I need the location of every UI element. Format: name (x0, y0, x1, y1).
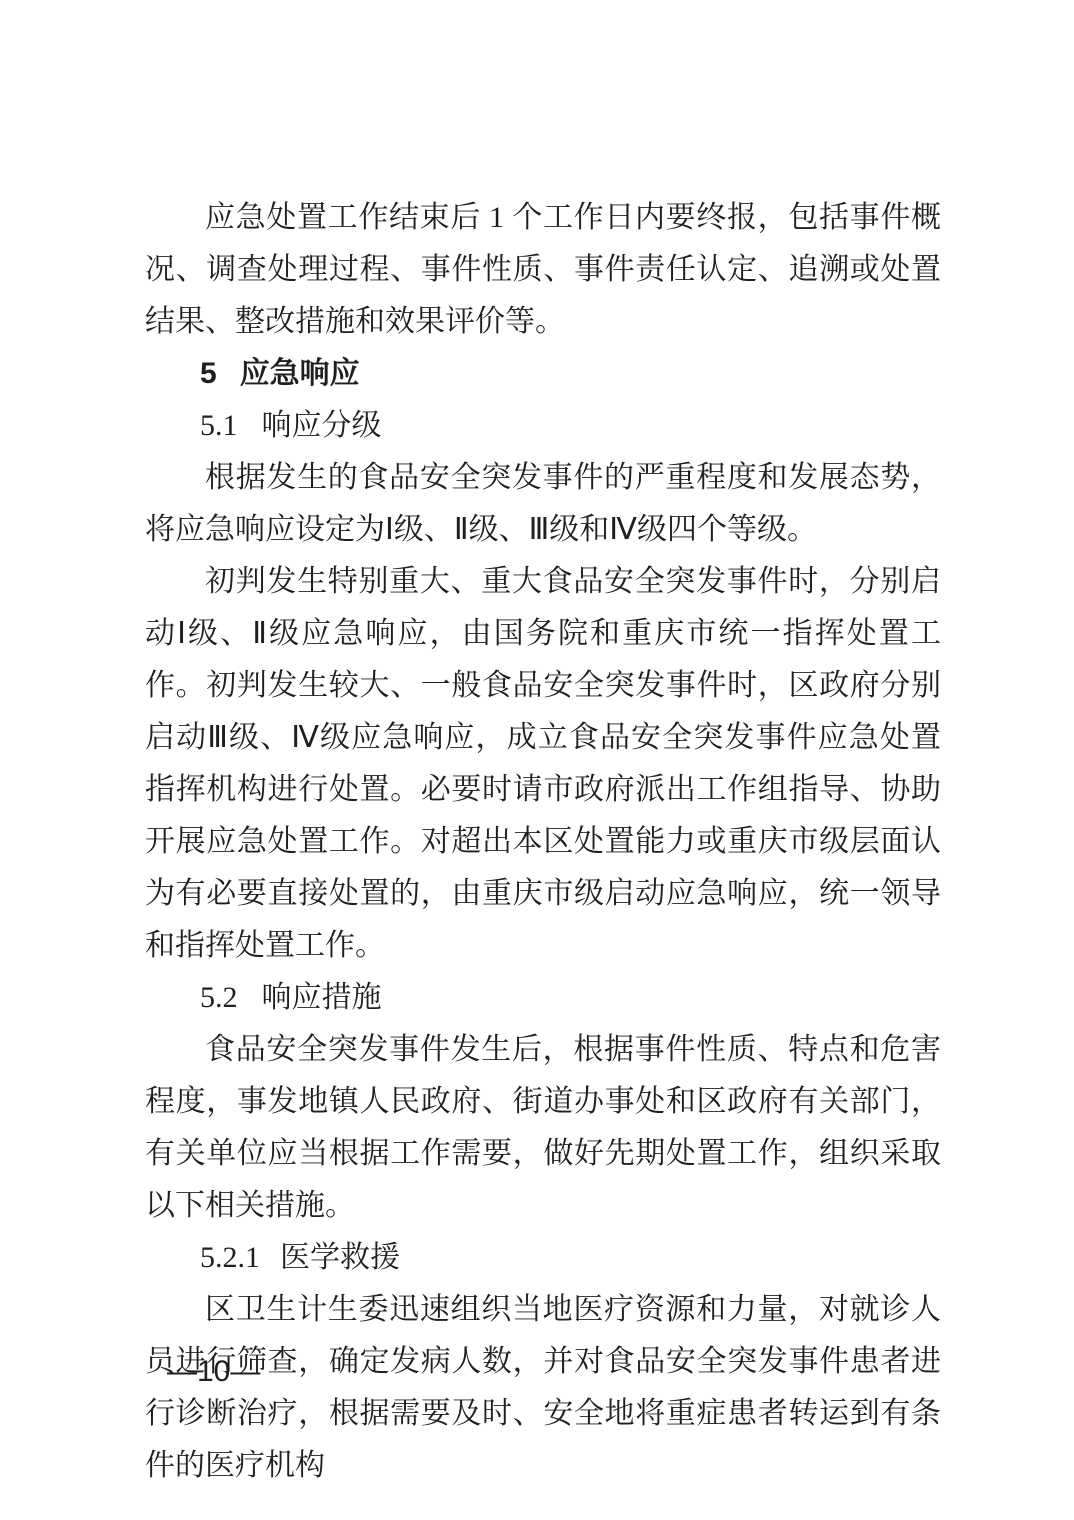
section-number: 5.2.1 (200, 1232, 260, 1284)
document-page: 应急处置工作结束后 1 个工作日内要终报，包括事件概况、调查处理过程、事件性质、… (0, 0, 1074, 1520)
section-number: 5.1 (200, 400, 238, 452)
section-heading-5-1: 5.1响应分级 (145, 400, 941, 452)
paragraph-final-report: 应急处置工作结束后 1 个工作日内要终报，包括事件概况、调查处理过程、事件性质、… (145, 192, 941, 348)
section-title: 响应分级 (262, 409, 382, 442)
paragraph-medical-rescue: 区卫生计生委迅速组织当地医疗资源和力量，对就诊人员进行筛查，确定发病人数，并对食… (145, 1284, 941, 1492)
section-title: 医学救援 (280, 1241, 400, 1274)
section-heading-5-2: 5.2响应措施 (145, 972, 941, 1024)
paragraph-level-activation: 初判发生特别重大、重大食品安全突发事件时，分别启动Ⅰ级、Ⅱ级应急响应，由国务院和… (145, 556, 941, 972)
section-heading-5-2-1: 5.2.1医学救援 (145, 1232, 941, 1284)
document-body: 应急处置工作结束后 1 个工作日内要终报，包括事件概况、调查处理过程、事件性质、… (145, 192, 941, 1492)
paragraph-response-levels: 根据发生的食品安全突发事件的严重程度和发展态势，将应急响应设定为Ⅰ级、Ⅱ级、Ⅲ级… (145, 452, 941, 556)
section-number: 5.2 (200, 972, 238, 1024)
paragraph-response-measures: 食品安全突发事件发生后，根据事件性质、特点和危害程度，事发地镇人民政府、街道办事… (145, 1024, 941, 1232)
section-number: 5 (200, 348, 217, 400)
section-title: 响应措施 (262, 981, 382, 1014)
page-number: —10— (167, 1352, 260, 1392)
section-heading-5: 5应急响应 (145, 348, 941, 400)
section-title: 应急响应 (240, 357, 360, 390)
